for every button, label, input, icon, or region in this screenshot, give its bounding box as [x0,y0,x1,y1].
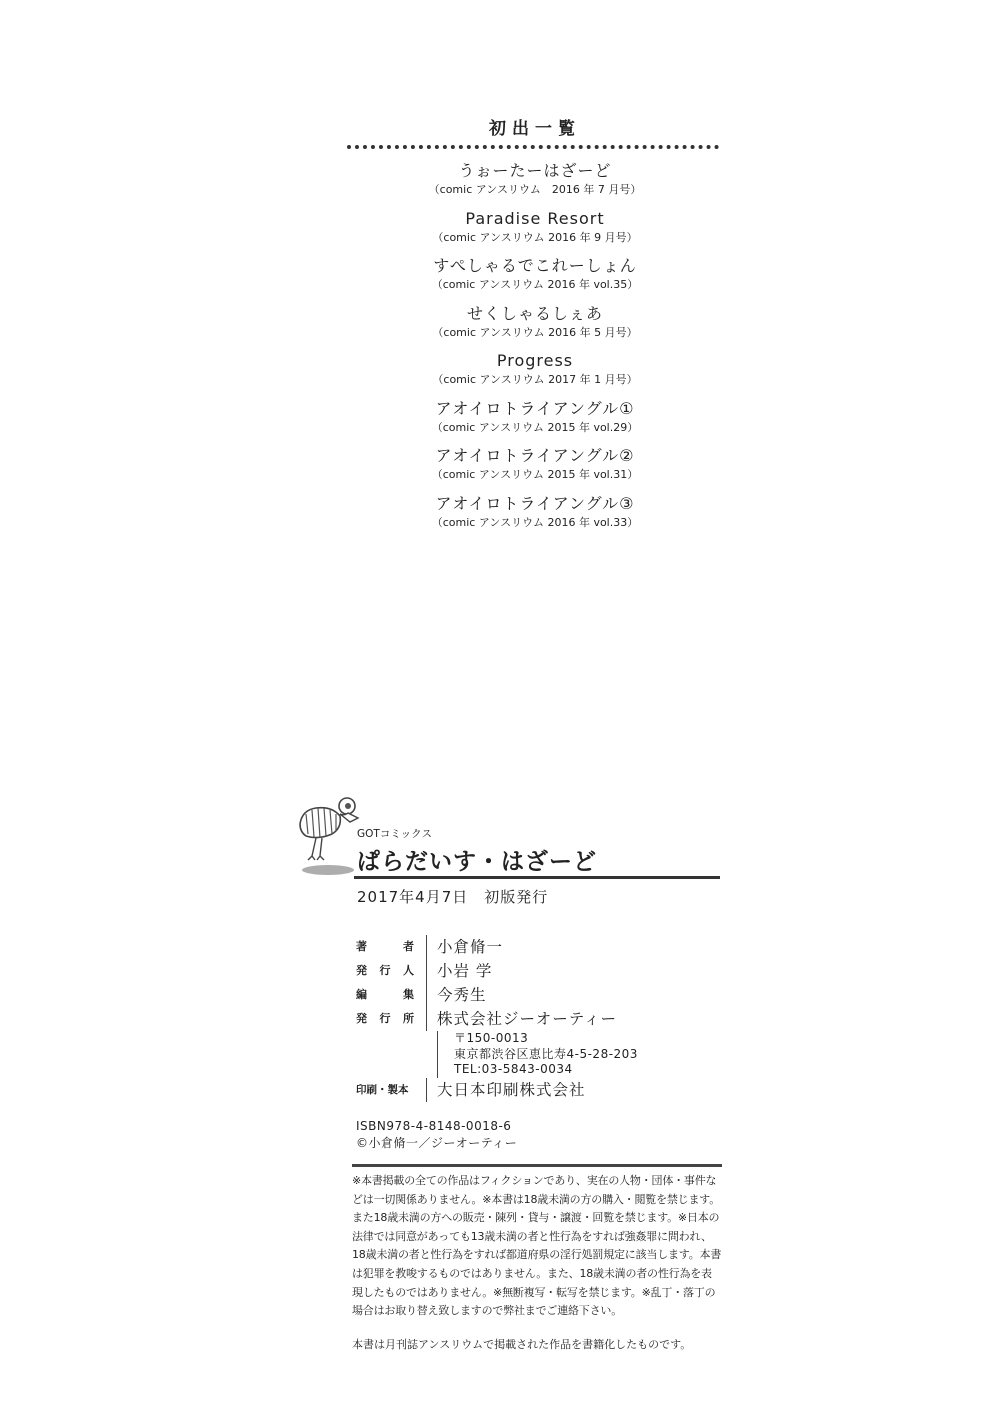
work-title: せくしゃるしぇあ [345,303,725,325]
copyright: ©小倉脩一／ジーオーティー [356,1135,517,1152]
first-publication-heading: 初出一覧 [345,114,725,139]
list-item: アオイロトライアングル③（comic アンスリウム 2016 年 vol.33） [345,493,725,541]
work-source: （comic アンスリウム 2017 年 1 月号） [345,372,725,388]
legal-notice: ※本書掲載の全ての作品はフィクションであり、実在の人物・団体・事件などは一切関係… [352,1172,722,1321]
publication-date: 2017年4月7日 初版発行 [357,886,548,907]
bird-logo-icon [292,794,364,880]
list-item: アオイロトライアングル①（comic アンスリウム 2015 年 vol.29） [345,398,725,446]
credit-value: 小倉脩一 [426,935,503,959]
dotted-divider [347,145,719,149]
list-item: Progress（comic アンスリウム 2017 年 1 月号） [345,350,725,398]
colophon: GOTコミックス ぱらだいす・はざーど 2017年4月7日 初版発行 著者小倉脩… [290,790,730,1370]
work-title: うぉーたーはざーど [345,160,725,182]
credit-value: 今秀生 [426,983,487,1007]
first-publication-list: うぉーたーはざーど（comic アンスリウム 2016 年 7 月号） Para… [345,160,725,540]
telephone: TEL:03-5843-0034 [437,1062,716,1078]
credits-table: 著者小倉脩一 発行人小岩 学 編集今秀生 発行所株式会社ジーオーティー 〒150… [356,935,716,1102]
credit-row: 著者小倉脩一 [356,935,716,959]
credit-value: 株式会社ジーオーティー [426,1007,617,1031]
credit-row: 発行人小岩 学 [356,959,716,983]
work-title: Paradise Resort [345,208,725,230]
credit-label: 発行所 [356,1007,426,1031]
credit-row-printer: 印刷・製本大日本印刷株式会社 [356,1078,716,1102]
credit-row: 編集今秀生 [356,983,716,1007]
work-title: アオイロトライアングル③ [345,493,725,515]
credit-label: 印刷・製本 [356,1078,426,1102]
credit-label: 著者 [356,935,426,959]
credit-row: 発行所株式会社ジーオーティー [356,1007,716,1031]
title-divider [354,876,720,879]
work-title: アオイロトライアングル① [345,398,725,420]
list-item: すぺしゃるでこれーしょん（comic アンスリウム 2016 年 vol.35） [345,255,725,303]
notice-divider [352,1164,722,1167]
work-source: （comic アンスリウム 2016 年 7 月号） [345,182,725,198]
list-item: Paradise Resort（comic アンスリウム 2016 年 9 月号… [345,208,725,256]
list-item: アオイロトライアングル②（comic アンスリウム 2015 年 vol.31） [345,445,725,493]
street-address: 東京都渋谷区恵比寿4-5-28-203 [437,1047,716,1063]
list-item: せくしゃるしぇあ（comic アンスリウム 2016 年 5 月号） [345,303,725,351]
work-title: アオイロトライアングル② [345,445,725,467]
imprint-label: GOTコミックス [357,826,432,841]
credit-value: 小岩 学 [426,959,492,983]
book-title: ぱらだいす・はざーど [357,843,597,876]
list-item: うぉーたーはざーど（comic アンスリウム 2016 年 7 月号） [345,160,725,208]
work-title: すぺしゃるでこれーしょん [345,255,725,277]
work-source: （comic アンスリウム 2015 年 vol.29） [345,420,725,436]
work-source: （comic アンスリウム 2016 年 vol.35） [345,277,725,293]
work-source: （comic アンスリウム 2016 年 9 月号） [345,230,725,246]
work-source: （comic アンスリウム 2016 年 vol.33） [345,515,725,531]
isbn-block: ISBN978-4-8148-0018-6 ©小倉脩一／ジーオーティー [356,1118,517,1152]
credit-label: 発行人 [356,959,426,983]
footnote: 本書は月刊誌アンスリウムで掲載された作品を書籍化したものです。 [352,1336,722,1352]
credit-value: 大日本印刷株式会社 [426,1078,586,1102]
work-title: Progress [345,350,725,372]
work-source: （comic アンスリウム 2015 年 vol.31） [345,467,725,483]
isbn: ISBN978-4-8148-0018-6 [356,1118,517,1135]
work-source: （comic アンスリウム 2016 年 5 月号） [345,325,725,341]
credit-label: 編集 [356,983,426,1007]
postal-code: 〒150-0013 [437,1031,716,1047]
